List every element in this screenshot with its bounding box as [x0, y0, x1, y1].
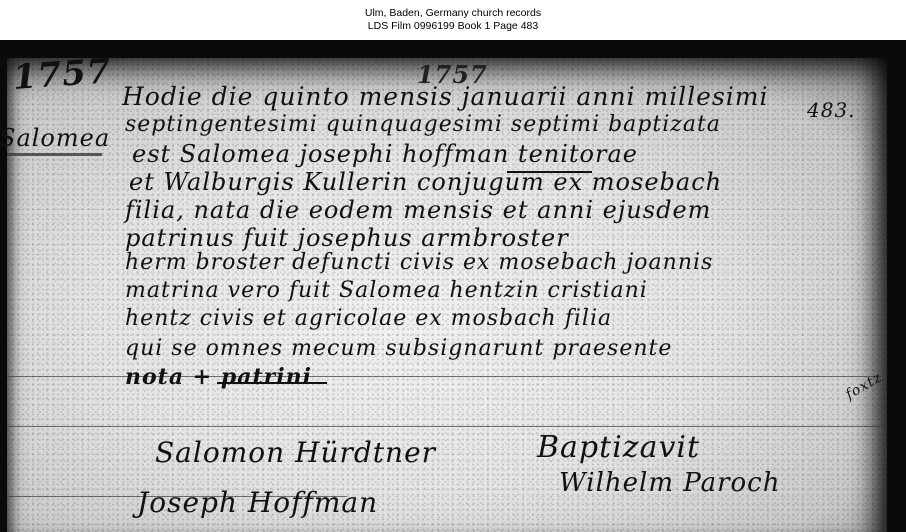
record-line: filia, nata die eodem mensis et anni eju…: [125, 196, 711, 224]
caption-title: Ulm, Baden, Germany church records: [0, 7, 906, 20]
record-line: Hodie die quinto mensis januarii anni mi…: [122, 82, 769, 111]
document-caption: Ulm, Baden, Germany church records LDS F…: [0, 0, 906, 40]
paper-page: 1757 Salomea 1757 483. Hodie die quinto …: [7, 58, 887, 532]
record-line: est Salomea josephi hoffman tenitorae: [132, 140, 638, 168]
margin-year: 1757: [12, 51, 113, 98]
signature-godfather: Salomon Hürdtner: [155, 436, 436, 469]
record-line: qui se omnes mecum subsignarunt praesent…: [125, 336, 672, 361]
caption-film-reference: LDS Film 0996199 Book 1 Page 483: [0, 20, 906, 33]
record-line: matrina vero fuit Salomea hentzin cristi…: [125, 278, 648, 303]
signature-father: Joseph Hoffman: [137, 486, 378, 519]
right-margin-note: foxtz: [843, 369, 885, 403]
margin-name: Salomea: [0, 124, 110, 152]
record-line: septingentesimi quinquagesimi septimi ba…: [125, 112, 721, 137]
record-line: patrinus fuit josephus armbroster: [125, 224, 569, 252]
page-number: 483.: [807, 98, 856, 122]
record-line: nota + patrini: [125, 364, 312, 390]
scanned-record-image: 1757 Salomea 1757 483. Hodie die quinto …: [0, 40, 906, 532]
ruled-line: [7, 426, 887, 427]
signature-priest: Wilhelm Paroch: [559, 468, 780, 498]
year-underline: [7, 153, 102, 156]
record-line: hentz civis et agricolae ex mosbach fili…: [125, 306, 612, 331]
record-line: herm broster defuncti civis ex mosebach …: [125, 250, 713, 275]
record-line: et Walburgis Kullerin conjugum ex moseba…: [129, 168, 722, 196]
signature-baptizavit: Baptizavit: [537, 430, 700, 465]
strikethrough: [217, 382, 327, 384]
